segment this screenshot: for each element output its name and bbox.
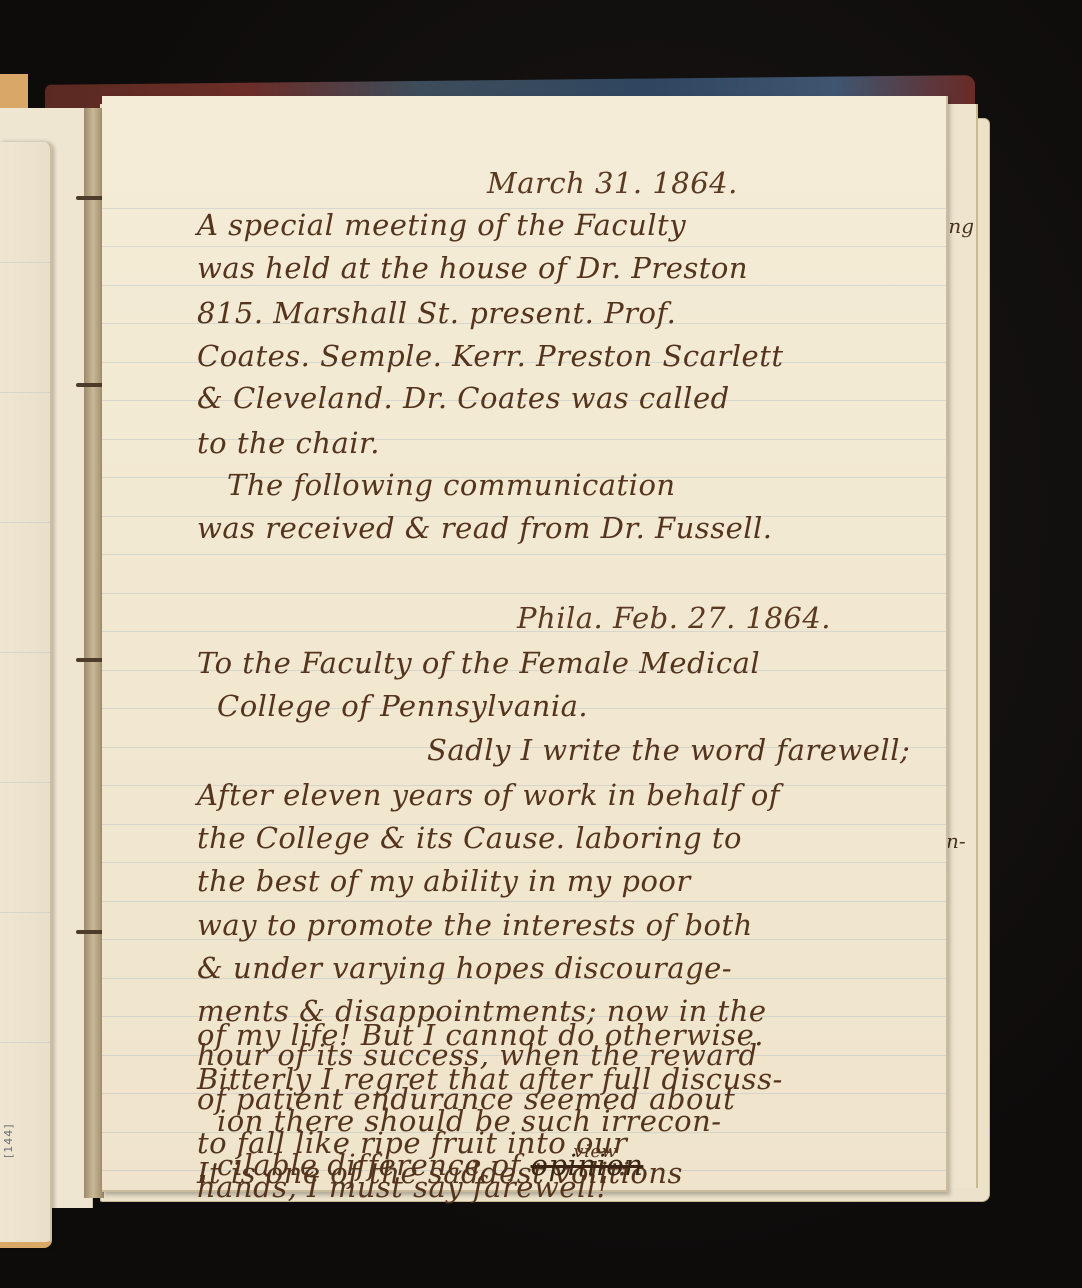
minutes-line: & Cleveland. Dr. Coates was called bbox=[197, 381, 730, 415]
letter-line: way to promote the interests of both bbox=[197, 908, 753, 942]
folio-number-annotation: [144] bbox=[2, 1123, 15, 1158]
letter-salutation: To the Faculty of the Female Medical bbox=[197, 646, 760, 680]
minutes-line: The following communication bbox=[227, 468, 676, 502]
letter-last-line: cilable difference of opinionview. bbox=[217, 1148, 627, 1182]
binding-gutter bbox=[84, 108, 104, 1198]
left-page bbox=[0, 142, 52, 1248]
letter-line: of my life! But I cannot do otherwise. bbox=[197, 1018, 764, 1052]
minutes-line: A special meeting of the Faculty bbox=[197, 208, 686, 242]
letter-text: . bbox=[617, 1148, 627, 1182]
letter-line: Sadly I write the word farewell; bbox=[427, 733, 910, 767]
letter-line: the best of my ability in my poor bbox=[197, 864, 691, 898]
letter-line: & under varying hopes discourage- bbox=[197, 951, 732, 985]
letter-line: Bitterly I regret that after full discus… bbox=[197, 1062, 783, 1096]
letter-dateline: Phila. Feb. 27. 1864. bbox=[517, 601, 831, 635]
minutes-line: was received & read from Dr. Fussell. bbox=[197, 511, 773, 545]
minutes-line: Coates. Semple. Kerr. Preston Scarlett bbox=[197, 339, 784, 373]
inserted-word: view bbox=[573, 1141, 617, 1162]
minutes-line: was held at the house of Dr. Preston bbox=[197, 251, 748, 285]
paper-tab bbox=[0, 74, 28, 110]
letter-line: ion there should be such irrecon- bbox=[217, 1104, 722, 1138]
minutes-line: to the chair. bbox=[197, 426, 380, 460]
minutes-line: 815. Marshall St. present. Prof. bbox=[197, 296, 676, 330]
letter-salutation: College of Pennsylvania. bbox=[217, 689, 588, 723]
entry-date-heading: March 31. 1864. bbox=[487, 166, 738, 200]
letter-text: cilable difference of bbox=[217, 1148, 521, 1182]
margin-fragment: n- bbox=[946, 829, 966, 853]
letter-line: After eleven years of work in behalf of bbox=[197, 778, 780, 812]
letter-line: the College & its Cause. laboring to bbox=[197, 821, 742, 855]
